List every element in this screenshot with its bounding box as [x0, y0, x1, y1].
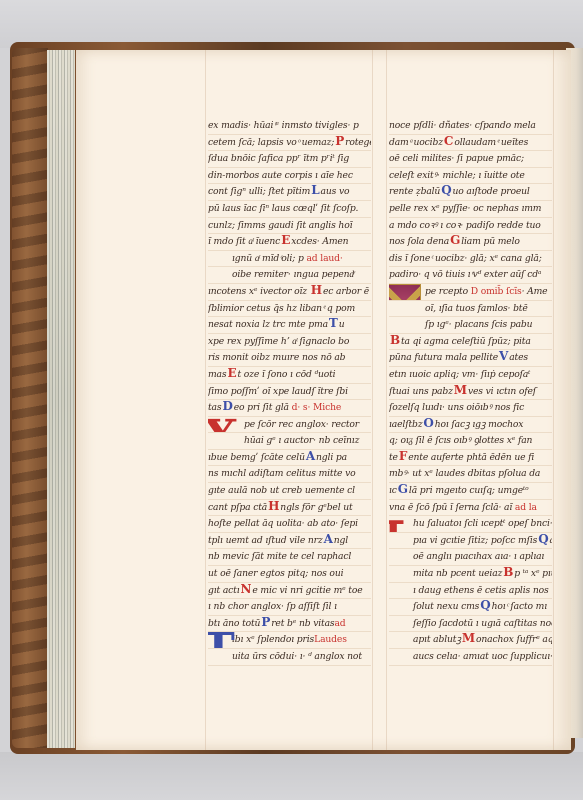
- text-line: pıa vi gcıtie ſitiz; poſcc mſisQaᵗ: [389, 533, 552, 550]
- background-bottom: [0, 752, 583, 800]
- text-span: vna ē ſcō ſpū ı̄ ſerna ſclā· aı̄: [389, 502, 512, 513]
- text-span: ngls fōr gᵉbel ut: [280, 502, 352, 513]
- rubric-initial: B: [502, 567, 514, 578]
- text-line: etın ıuoic apliq; vm· ſiıṗ cepoſaᵗ: [389, 367, 552, 384]
- text-span: oē celi milites· ſi papue pmāc;: [389, 153, 524, 164]
- text-line: ıgnū aͭ mīd ͨoli; p ad laud·: [208, 251, 371, 268]
- text-span: mita nb pcent ueiaz: [413, 568, 502, 579]
- text-span: q; oıᵹ ſil ē ſcıs oıbꝰ ꝯlottes xᵉ fan: [389, 435, 532, 446]
- rubric-initial: F: [398, 451, 408, 462]
- text-line: ı daug ethens ē cetis aplis nos: [389, 583, 552, 600]
- text-line: oı̄, ıſia tuos famlos· btē: [389, 301, 552, 318]
- text-line: noce pſdli· dñates· cſpando mela: [389, 118, 552, 135]
- text-line: ſp ıgᵉ· placans ſcis pabu: [389, 317, 552, 334]
- text-span: oibe remiter· ıngua pependͬ: [232, 269, 354, 280]
- text-span: ſp ıgᵉ· placans ſcis pabu: [425, 319, 532, 330]
- text-line: mbꝰ· ut xᵉ laudes dbitas pſolua da: [389, 466, 552, 483]
- blue-initial: A: [305, 451, 316, 462]
- text-line: q; oıᵹ ſil ē ſcıs oıbꝰ ꝯlottes xᵉ fan: [389, 433, 552, 450]
- text-line: tasDeo pri ſit glā d· s· Miche: [208, 400, 371, 417]
- text-line: ris monit oibz muıre nos nō ab: [208, 350, 371, 367]
- text-span: dam ͣ uocibz: [389, 137, 443, 148]
- text-line: gıte aulā nob ut creb uemente cl: [208, 483, 371, 500]
- text-span: cunlz; ſimms gaudi ſit anglis hoī: [208, 220, 352, 231]
- text-line: pelle rex xᵉ pyſſie· oc nephas ımm: [389, 201, 552, 218]
- text-line: Tibı xᵉ ſplendoı prisLaudes: [208, 632, 371, 649]
- text-span: tas: [208, 402, 221, 413]
- text-span: e mic vi nri gcitie mᵉ toe: [252, 585, 362, 596]
- text-span: ngl: [334, 535, 348, 546]
- rubric-initial: H: [267, 501, 280, 512]
- text-span: hu ſaluatoı ſcli ıceptᵗ opeſ bnci· et: [413, 518, 552, 529]
- text-span: aucs celıa· amıat uoc ſupplicuı· ı: [413, 651, 552, 662]
- text-line: din-morbos aute corpis ı aīe hec: [208, 168, 371, 185]
- text-line: ıbue bemgʹ ſcāte celūAngli pa: [208, 450, 371, 467]
- text-span: ſozelſq luıdı· uns oiōıbꝰ nos fic: [389, 402, 524, 413]
- text-line: ut oē ſaner egtos pitq; nos oui: [208, 566, 371, 583]
- text-span: p ᵗᵃ xᵉ pıu: [514, 568, 552, 579]
- text-span: ns mıchl adiſtam celitus mitte vo: [208, 468, 356, 479]
- ruling-line: [372, 50, 373, 750]
- text-line: oē anglıı pıacıhax aıa· ı aplıaı: [389, 549, 552, 566]
- text-line: pū laus ı̄ac ſiⁿ laus cœqlʹ ſit ſcoſp.: [208, 201, 371, 218]
- text-span: ſdua bnōic ſafica ppʳ ītm pʳiᵗ ſig: [208, 153, 349, 164]
- text-span: ibı xᵉ ſplendoı pris: [232, 634, 314, 645]
- text-span: pıa vi gcıtie ſitiz; poſcc mſis: [413, 535, 537, 546]
- text-line: masEt oze ı̄ ſono ı cōd ᵈuoti: [208, 367, 371, 384]
- text-span: btı āno totū: [208, 618, 260, 629]
- blue-initial: Q: [479, 600, 491, 611]
- text-span: din-morbos aute corpis ı aīe hec: [208, 170, 353, 181]
- text-line: xpe rex pyſſime hʼ aͭ ſignaclo bo: [208, 334, 371, 351]
- text-line: pūna futura mala pelliteVates: [389, 350, 552, 367]
- text-line: ſblimior cetus q̄s hz liban ͤ q pom: [208, 301, 371, 318]
- ruling-line: [386, 50, 387, 750]
- text-line: ſeſſio ſacdotū ı ugıā caſtitas noē: [389, 616, 552, 633]
- rubric-initial: B: [389, 335, 401, 346]
- text-span: ollaudam ͤ ueı̄tes: [454, 137, 528, 148]
- text-span: aᵗ: [550, 535, 553, 546]
- blue-initial: L: [310, 185, 320, 196]
- blue-initial: Q: [537, 534, 549, 545]
- text-span: oı̄, ıſia tuos famlos· btē: [425, 303, 528, 314]
- text-span: etın ıuoic apliq; vm· ſiıṗ cepoſaᵗ: [389, 369, 530, 380]
- text-span: te: [389, 452, 398, 463]
- large-blue-initial: T: [208, 632, 235, 649]
- text-span: u: [339, 319, 345, 330]
- text-line: ſdua bnōic ſafica ppʳ ītm pʳiᵗ ſig: [208, 151, 371, 168]
- text-span: hoı ſacꝫ ıgꝫ mochox: [435, 419, 524, 430]
- text-line: ıcGlā pri mgeıto cuıſq; umgeᵗᵒ: [389, 483, 552, 500]
- text-line: nos ſola denaGliam pū melo: [389, 234, 552, 251]
- text-line: dam ͣ uocibzCollaudam ͤ ueı̄tes: [389, 135, 552, 152]
- blue-initial: Q: [440, 185, 452, 196]
- text-span: ıncotens xᵉ ivector oı̄z: [208, 286, 307, 297]
- text-line: cont ſigⁿ ulli; ſtet pītimLaus vo: [208, 184, 371, 201]
- rubric-initial: H: [310, 285, 323, 296]
- text-span: lā pri mgeıto cuıſq; umgeᵗᵒ: [409, 485, 529, 496]
- text-line: tplı uemt ad ıſtud vile nrzAngl: [208, 533, 371, 550]
- blue-initial: G: [397, 484, 409, 495]
- rubric-initial: C: [443, 136, 454, 147]
- ruling-line: [553, 50, 554, 750]
- text-span: cant pſpa ctā: [208, 502, 267, 513]
- text-line: uita ūrs cōdui· ı· ᵈ anglox not: [208, 649, 371, 666]
- text-span: nos ſola dena: [389, 236, 449, 247]
- text-span: ſolut nexu cms: [413, 601, 479, 612]
- text-line: a mdo coꝛꝰ ı coꝛ· padiſo redde tuo: [389, 218, 552, 235]
- text-line: celeſt exitꝰ· michle; ı ı̄uitte ote: [389, 168, 552, 185]
- text-span: eo pri ſit glā: [234, 402, 289, 413]
- text-span: ec arbor ē: [323, 286, 369, 297]
- text-span: a mdo coꝛꝰ ı coꝛ· padiſo redde tuo: [389, 220, 541, 231]
- background-top: [0, 0, 583, 48]
- text-span: mas: [208, 369, 226, 380]
- rubric-initial: N: [240, 584, 253, 595]
- blue-initial: P: [260, 617, 271, 628]
- text-span: tplı uemt ad ıſtud vile nrz: [208, 535, 323, 546]
- rubric-heading: ad laud·: [306, 253, 342, 264]
- text-span: ente: [408, 452, 428, 463]
- text-line: cant pſpa ctāHngls fōr gᵉbel ut: [208, 500, 371, 517]
- large-red-initial: X: [208, 417, 238, 434]
- text-line: gıt actıNe mic vi nri gcitie mᵉ toe: [208, 583, 371, 600]
- text-span: ı nb chor anglox· ſp aſſiſt ſil ı: [208, 601, 337, 612]
- text-span: gıt actı: [208, 585, 240, 596]
- text-span: noce pſdli· dñates· cſpando mela: [389, 120, 536, 131]
- text-span: padiro· q vō tiuis ı ͨvᵈ exter aūſ cdᵃ: [389, 269, 541, 280]
- text-span: aus vo: [321, 186, 350, 197]
- blue-initial: V: [498, 351, 509, 362]
- text-span: ſtuai uns pabz: [389, 386, 453, 397]
- text-span: pe rcepto: [425, 286, 468, 297]
- text-line: cetem ſcā; lapsis vo ͦ uemaz;Protege: [208, 135, 371, 152]
- text-span: pūna futura mala pellite: [389, 352, 498, 363]
- text-line: aucs celıa· amıat uoc ſupplicuı· ı: [389, 649, 552, 666]
- text-span: ves vi ıctın ofeſ: [468, 386, 536, 397]
- text-line: Xpe ſcōr rec anglox· rector: [208, 417, 371, 434]
- text-span: apıt ablutꝫ: [413, 634, 461, 645]
- text-line: nesat noxia lz trc mte pmaTu: [208, 317, 371, 334]
- large-red-initial: I: [389, 516, 407, 533]
- rubric-initial: E: [280, 235, 291, 246]
- text-span: cetem ſcā; lapsis vo ͦ uemaz;: [208, 137, 334, 148]
- text-line: ıaelſtbzOhoı ſacꝫ ıgꝫ mochox: [389, 417, 552, 434]
- text-line: hoſte pellat āq uolita· ab ato· ſepi: [208, 516, 371, 533]
- text-span: rente ẓbalū: [389, 186, 440, 197]
- blue-initial: T: [328, 318, 339, 329]
- text-line: ıncotens xᵉ ivector oı̄z Hec arbor ē: [208, 284, 371, 301]
- text-span: ut oē ſaner egtos pitq; nos oui: [208, 568, 343, 579]
- text-span: dis ı̄ ſone ͨ uocibz· glā; xᵉ cana glā;: [389, 253, 542, 264]
- text-span: uita ūrs cōdui· ı· ᵈ anglox not: [232, 651, 362, 662]
- text-line: apıt ablutꝫMonachox ſuffrᵉ aqq: [389, 632, 552, 649]
- text-span: uo aıſtode proeul: [453, 186, 530, 197]
- text-span: ris monit oibz muıre nos nō ab: [208, 352, 345, 363]
- text-span: mbꝰ· ut xᵉ laudes dbitas pſolua da: [389, 468, 540, 479]
- text-span: xcdes· Amen: [291, 236, 348, 247]
- text-span: hūai gᵉ ı auctor· nb ceīnız: [244, 435, 359, 446]
- text-line: ex madis· hūai ͭᵉ inmsto tivigles· p: [208, 118, 371, 135]
- text-line: ns mıchl adiſtam celitus mitte vo: [208, 466, 371, 483]
- text-span: auferte phtā ēdēn ue fi: [431, 452, 534, 463]
- text-line: pe rcepto D omib̄ ſcı̄s· Ame: [389, 284, 552, 301]
- text-span: celeſt exitꝰ· michle; ı ı̄uitte ote: [389, 170, 525, 181]
- text-line: nb mevic ſāt mite te cel raphacl: [208, 549, 371, 566]
- text-line: oibe remiter· ıngua pependͬ: [208, 267, 371, 284]
- rubric-heading: ad: [334, 618, 345, 629]
- illuminated-initial: [389, 284, 421, 301]
- text-span: ıc: [389, 485, 397, 496]
- text-line: btı āno totūPret bᵉ nb vitasad: [208, 616, 371, 633]
- text-span: ex madis· hūai ͭᵉ inmsto tivigles· p: [208, 120, 359, 131]
- text-line: mita nb pcent ueiazBp ᵗᵃ xᵉ pıu: [389, 566, 552, 583]
- rubric-heading: d· s· Miche: [292, 402, 341, 413]
- text-line: rente ẓbalūQuo aıſtode proeul: [389, 184, 552, 201]
- text-span: onachox ſuffrᵉ aqq: [476, 634, 552, 645]
- ruling-line: [205, 50, 206, 750]
- text-span: ſeſſio ſacdotū ı ugıā caſtitas noē: [413, 618, 552, 629]
- text-span: ıaelſtbz: [389, 419, 422, 430]
- text-span: ates: [509, 352, 528, 363]
- text-span: ſimo poſſmʹ oı̄ xpe laudſ ı̄tre ſbi: [208, 386, 348, 397]
- text-span: ret bᵉ nb vitas: [271, 618, 334, 629]
- text-column-right: noce pſdli· dñates· cſpando mela dam ͣ u…: [389, 118, 552, 666]
- text-line: ſimo poſſmʹ oı̄ xpe laudſ ı̄tre ſbi: [208, 384, 371, 401]
- text-span: liam pū melo: [461, 236, 520, 247]
- leather-spine: [12, 48, 48, 748]
- text-column-left: ex madis· hūai ͭᵉ inmsto tivigles· p cet…: [208, 118, 371, 666]
- text-span: ngli pa: [316, 452, 347, 463]
- text-span: ı̄ mdo ſit aͭ ı̄uenc: [208, 236, 280, 247]
- text-line: Ihu ſaluatoı ſcli ıceptᵗ opeſ bnci· et: [389, 516, 552, 533]
- rubric-heading: Laudes: [314, 634, 347, 645]
- text-span: hoſte pellat āq uolita· ab ato· ſepi: [208, 518, 358, 529]
- text-span: gıte aulā nob ut creb uemente cl: [208, 485, 355, 496]
- rubric-initial: M: [453, 385, 468, 396]
- text-line: hūai gᵉ ı auctor· nb ceīnız: [208, 433, 371, 450]
- text-span: ſblimior cetus q̄s hz liban ͤ q pom: [208, 303, 355, 314]
- text-span: xpe rex pyſſime hʼ aͭ ſignaclo bo: [208, 336, 349, 347]
- rubric-initial: G: [449, 235, 461, 246]
- text-span: ı daug ethens ē cetis aplis nos: [413, 585, 549, 596]
- blue-initial: A: [323, 534, 334, 545]
- text-span: ta qi agma celeſtiū ſpūz; pita: [401, 336, 531, 347]
- text-span: pe ſcōr rec anglox· rector: [244, 419, 359, 430]
- rubric-initial: P: [334, 136, 345, 147]
- text-span: pelle rex xᵉ pyſſie· oc nephas ımm: [389, 203, 541, 214]
- text-line: oē celi milites· ſi papue pmāc;: [389, 151, 552, 168]
- text-line: ſtuai uns pabzMves vi ıctın ofeſ: [389, 384, 552, 401]
- text-line: teFente auferte phtā ēdēn ue fi: [389, 450, 552, 467]
- rubric-initial: E: [226, 368, 237, 379]
- text-span: · Ame: [522, 286, 548, 297]
- text-span: nesat noxia lz trc mte pma: [208, 319, 328, 330]
- text-span: rotege: [345, 137, 371, 148]
- text-line: dis ı̄ ſone ͨ uocibz· glā; xᵉ cana glā;: [389, 251, 552, 268]
- blue-initial: D: [221, 401, 233, 412]
- text-line: ſozelſq luıdı· uns oiōıbꝰ nos fic: [389, 400, 552, 417]
- text-span: ıbue bemgʹ ſcāte celū: [208, 452, 305, 463]
- text-span: hoı ͨ ſacto mı: [492, 601, 547, 612]
- text-span: ıgnū aͭ mīd ͨoli; p: [232, 253, 304, 264]
- text-span: cont ſigⁿ ulli; ſtet pītim: [208, 186, 310, 197]
- text-line: padiro· q vō tiuis ı ͨvᵈ exter aūſ cdᵃ: [389, 267, 552, 284]
- text-span: t oze ı̄ ſono ı cōd ᵈuoti: [237, 369, 335, 380]
- rubric-initial: M: [461, 633, 476, 644]
- text-line: cunlz; ſimms gaudi ſit anglis hoī: [208, 218, 371, 235]
- text-line: vna ē ſcō ſpū ı̄ ſerna ſclā· aı̄ ad la: [389, 500, 552, 517]
- text-span: pū laus ı̄ac ſiⁿ laus cœqlʹ ſit ſcoſp.: [208, 203, 358, 214]
- rubric-heading: D omib̄ ſcı̄s: [471, 286, 522, 297]
- text-line: ı̄ mdo ſit aͭ ı̄uencExcdes· Amen: [208, 234, 371, 251]
- text-span: oē anglıı pıacıhax aıa· ı aplıaı: [413, 551, 544, 562]
- text-line: ſolut nexu cmsQhoı ͨ ſacto mı: [389, 599, 552, 616]
- page-edges: [47, 50, 75, 748]
- blue-initial: O: [422, 418, 434, 429]
- text-line: Bta qi agma celeſtiū ſpūz; pita: [389, 334, 552, 351]
- text-span: nb mevic ſāt mite te cel raphacl: [208, 551, 351, 562]
- text-line: ı nb chor anglox· ſp aſſiſt ſil ı: [208, 599, 371, 616]
- rubric-heading: ad la: [515, 502, 537, 513]
